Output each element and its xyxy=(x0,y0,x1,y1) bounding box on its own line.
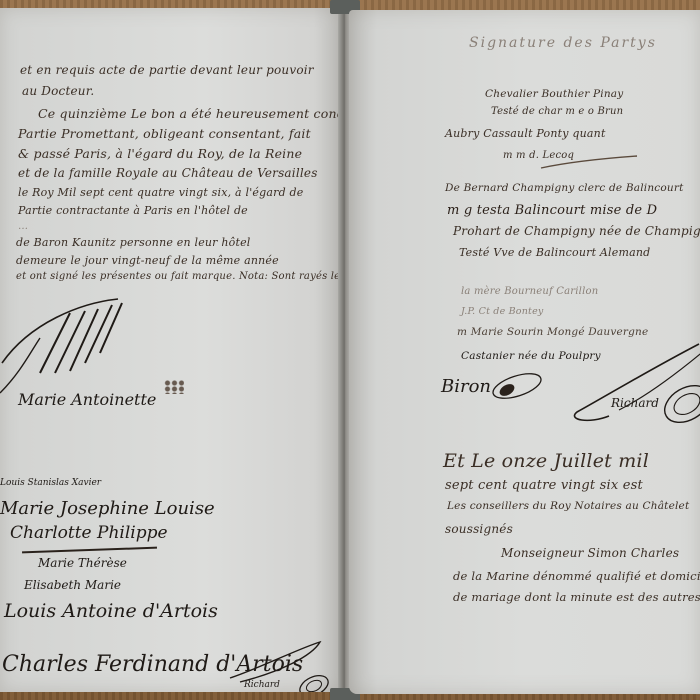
right-line-8: Testé Vve de Balincourt Alemand xyxy=(459,246,650,259)
signature-marie-josephine-louise: Marie Josephine Louise xyxy=(0,498,215,519)
signature-louis: Louis xyxy=(28,320,31,321)
louis-signature-flourish xyxy=(0,293,140,393)
right-header: Signature des Partys xyxy=(469,35,657,51)
right-page: Signature des Partys Chevalier Bouthier … xyxy=(349,10,700,694)
paraph-seal-right xyxy=(657,380,700,430)
right-line-7: Prohart de Champigny née de Champign xyxy=(453,224,700,238)
left-line-6: et de la famille Royale au Château de Ve… xyxy=(18,166,318,180)
signature-louis-stanislas: Louis Stanislas Xavier xyxy=(0,478,101,488)
left-line-12: et ont signé les présentes ou fait marqu… xyxy=(16,271,341,282)
left-line-4: Partie Promettant, obligeant consentant,… xyxy=(18,126,311,141)
signature-marie-antoinette: Marie Antoinette xyxy=(18,390,156,409)
signature-richard-right: Richard xyxy=(611,396,659,410)
entry-line-5: Monseigneur Simon Charles xyxy=(501,546,679,560)
left-line-3: Ce quinzième Le bon a été heureusement c… xyxy=(38,106,341,121)
signature-richard-left: Richard xyxy=(244,680,280,690)
entry-line-4: soussignés xyxy=(445,522,513,536)
entry-line-1: Et Le onze Juillet mil xyxy=(443,450,649,472)
signature-biron: Biron xyxy=(441,376,491,397)
left-page: et en requis acte de partie devant leur … xyxy=(0,8,341,692)
right-line-1: Chevalier Bouthier Pinay xyxy=(485,88,623,100)
right-line-6: m g testa Balincourt mise de D xyxy=(447,203,657,218)
signature-louis-antoine-artois: Louis Antoine d'Artois xyxy=(4,600,218,622)
ink-stain xyxy=(164,380,184,394)
photo-scene: et en requis acte de partie devant leur … xyxy=(0,0,700,700)
entry-line-7: de mariage dont la minute est des autres xyxy=(453,590,700,604)
right-line-9: la mère Bourneuf Carillon xyxy=(461,286,598,297)
right-line-11: m Marie Sourin Mongé Dauvergne xyxy=(457,326,648,338)
entry-line-6: de la Marine dénommé qualifié et domicil… xyxy=(453,569,700,583)
left-line-2: au Docteur. xyxy=(22,84,94,98)
right-line-10: J.P. Ct de Bontey xyxy=(461,306,543,317)
left-line-1: et en requis acte de partie devant leur … xyxy=(20,63,314,77)
left-line-5: & passé Paris, à l'égard du Roy, de la R… xyxy=(18,146,302,161)
entry-line-2: sept cent quatre vingt six est xyxy=(445,478,643,493)
signature-marie-therese: Marie Thérèse xyxy=(38,556,127,570)
left-line-7: le Roy Mil sept cent quatre vingt six, à… xyxy=(18,186,303,199)
right-line-3: Aubry Cassault Ponty quant xyxy=(445,127,606,140)
biron-paraph xyxy=(489,368,559,408)
right-flourish-top xyxy=(539,152,639,172)
left-line-8: Partie contractante à Paris en l'hôtel d… xyxy=(18,204,248,217)
left-line-11: demeure le jour vingt-neuf de la même an… xyxy=(16,254,279,267)
right-line-2: Testé de char m e o Brun xyxy=(491,106,623,117)
underline-rule xyxy=(22,547,157,553)
left-line-10: de Baron Kaunitz personne en leur hôtel xyxy=(16,236,251,249)
entry-line-3: Les conseillers du Roy Notaires au Châte… xyxy=(447,500,689,512)
signature-elisabeth-marie: Elisabeth Marie xyxy=(24,578,121,592)
signature-charlotte-philippe: Charlotte Philippe xyxy=(10,523,168,543)
left-line-9: … xyxy=(18,221,28,232)
right-line-5: De Bernard Champigny clerc de Balincourt xyxy=(445,182,684,194)
